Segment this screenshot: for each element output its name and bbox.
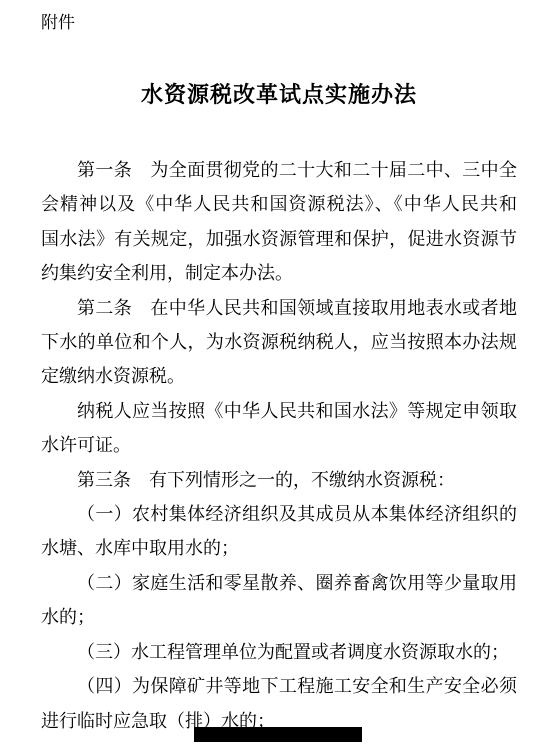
paragraph: 第一条 为全面贯彻党的二十大和二十届二中、三中全会精神以及《中华人民共和国资源税… [41, 153, 517, 291]
text-line: 纳税人应当按照《中华人民共和国水法》等规定申领取 [41, 394, 517, 428]
text-line: 第一条 为全面贯彻党的二十大和二十届二中、三中全 [41, 153, 517, 187]
paragraph: 第二条 在中华人民共和国领域直接取用地表水或者地下水的单位和个人，为水资源税纳税… [41, 291, 517, 394]
text-line: 第三条 有下列情形之一的，不缴纳水资源税： [41, 463, 517, 497]
text-line: 定缴纳水资源税。 [41, 359, 517, 393]
text-line: 会精神以及《中华人民共和国资源税法》、《中华人民共和 [41, 187, 517, 221]
text-line: 约集约安全利用，制定本办法。 [41, 256, 517, 290]
text-line: （二）家庭生活和零星散养、圈养畜禽饮用等少量取用 [41, 566, 517, 600]
paragraph: 第三条 有下列情形之一的，不缴纳水资源税： [41, 463, 517, 497]
redaction-bar [194, 727, 362, 742]
text-line: 国水法》有关规定，加强水资源管理和保护，促进水资源节 [41, 222, 517, 256]
paragraph: （二）家庭生活和零星散养、圈养畜禽饮用等少量取用水的； [41, 566, 517, 635]
attachment-label: 附件 [41, 13, 517, 33]
text-line: （四）为保障矿井等地下工程施工安全和生产安全必须 [41, 669, 517, 703]
paragraph: （三）水工程管理单位为配置或者调度水资源取水的； [41, 635, 517, 669]
text-line: 水的； [41, 600, 517, 634]
paragraph: （一）农村集体经济组织及其成员从本集体经济组织的水塘、水库中取用水的； [41, 497, 517, 566]
document-body: 第一条 为全面贯彻党的二十大和二十届二中、三中全会精神以及《中华人民共和国资源税… [41, 153, 517, 738]
text-line: （三）水工程管理单位为配置或者调度水资源取水的； [41, 635, 517, 669]
text-line: 水塘、水库中取用水的； [41, 531, 517, 565]
text-line: 水许可证。 [41, 428, 517, 462]
document-page: 附件 水资源税改革试点实施办法 第一条 为全面贯彻党的二十大和二十届二中、三中全… [0, 0, 557, 751]
text-line: （一）农村集体经济组织及其成员从本集体经济组织的 [41, 497, 517, 531]
text-line: 下水的单位和个人，为水资源税纳税人，应当按照本办法规 [41, 325, 517, 359]
paragraph: 纳税人应当按照《中华人民共和国水法》等规定申领取水许可证。 [41, 394, 517, 463]
text-line: 第二条 在中华人民共和国领域直接取用地表水或者地 [41, 291, 517, 325]
document-title: 水资源税改革试点实施办法 [41, 82, 517, 108]
